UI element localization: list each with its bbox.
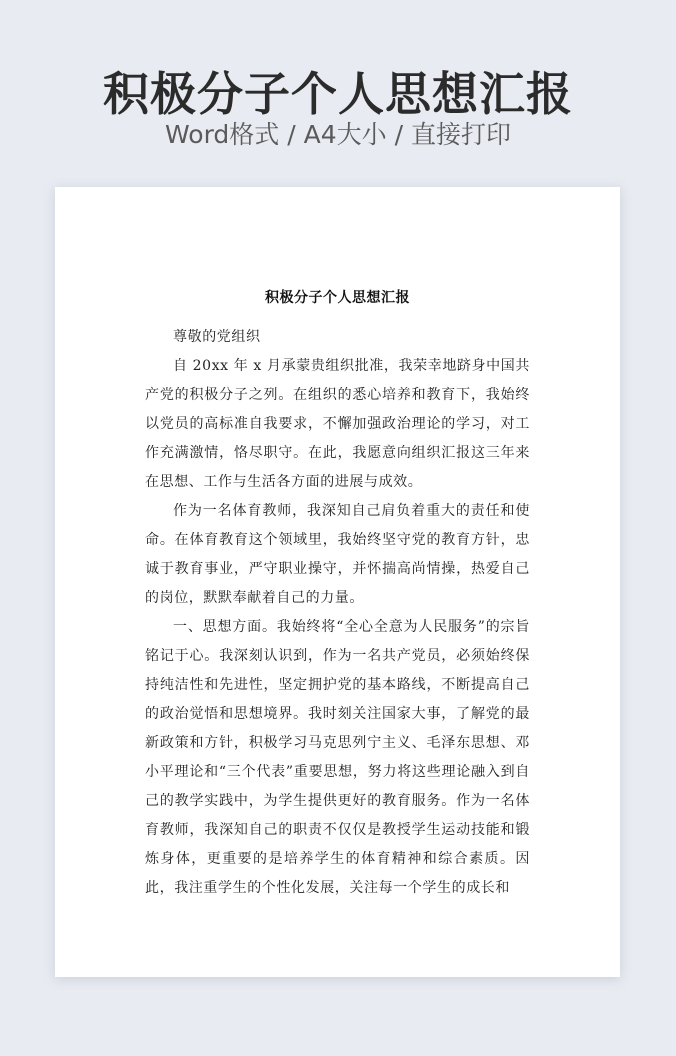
- document-page: 积极分子个人思想汇报 尊敬的党组织 自 20xx 年 x 月承蒙贵组织批准，我荣…: [55, 187, 620, 977]
- document-body: 尊敬的党组织 自 20xx 年 x 月承蒙贵组织批准，我荣幸地跻身中国共产党的积…: [145, 323, 530, 903]
- document-title: 积极分子个人思想汇报: [55, 287, 620, 307]
- salutation: 尊敬的党组织: [145, 323, 530, 352]
- hero-subtitle: Word格式 / A4大小 / 直接打印: [0, 118, 676, 152]
- paragraph-ideology: 一、思想方面。我始终将“全心全意为人民服务”的宗旨铭记于心。我深刻认识到，作为一…: [145, 613, 530, 903]
- paragraph-intro: 自 20xx 年 x 月承蒙贵组织批准，我荣幸地跻身中国共产党的积极分子之列。在…: [145, 352, 530, 497]
- paragraph-role: 作为一名体育教师，我深知自己肩负着重大的责任和使命。在体育教育这个领域里，我始终…: [145, 497, 530, 613]
- hero-title: 积极分子个人思想汇报: [0, 66, 676, 122]
